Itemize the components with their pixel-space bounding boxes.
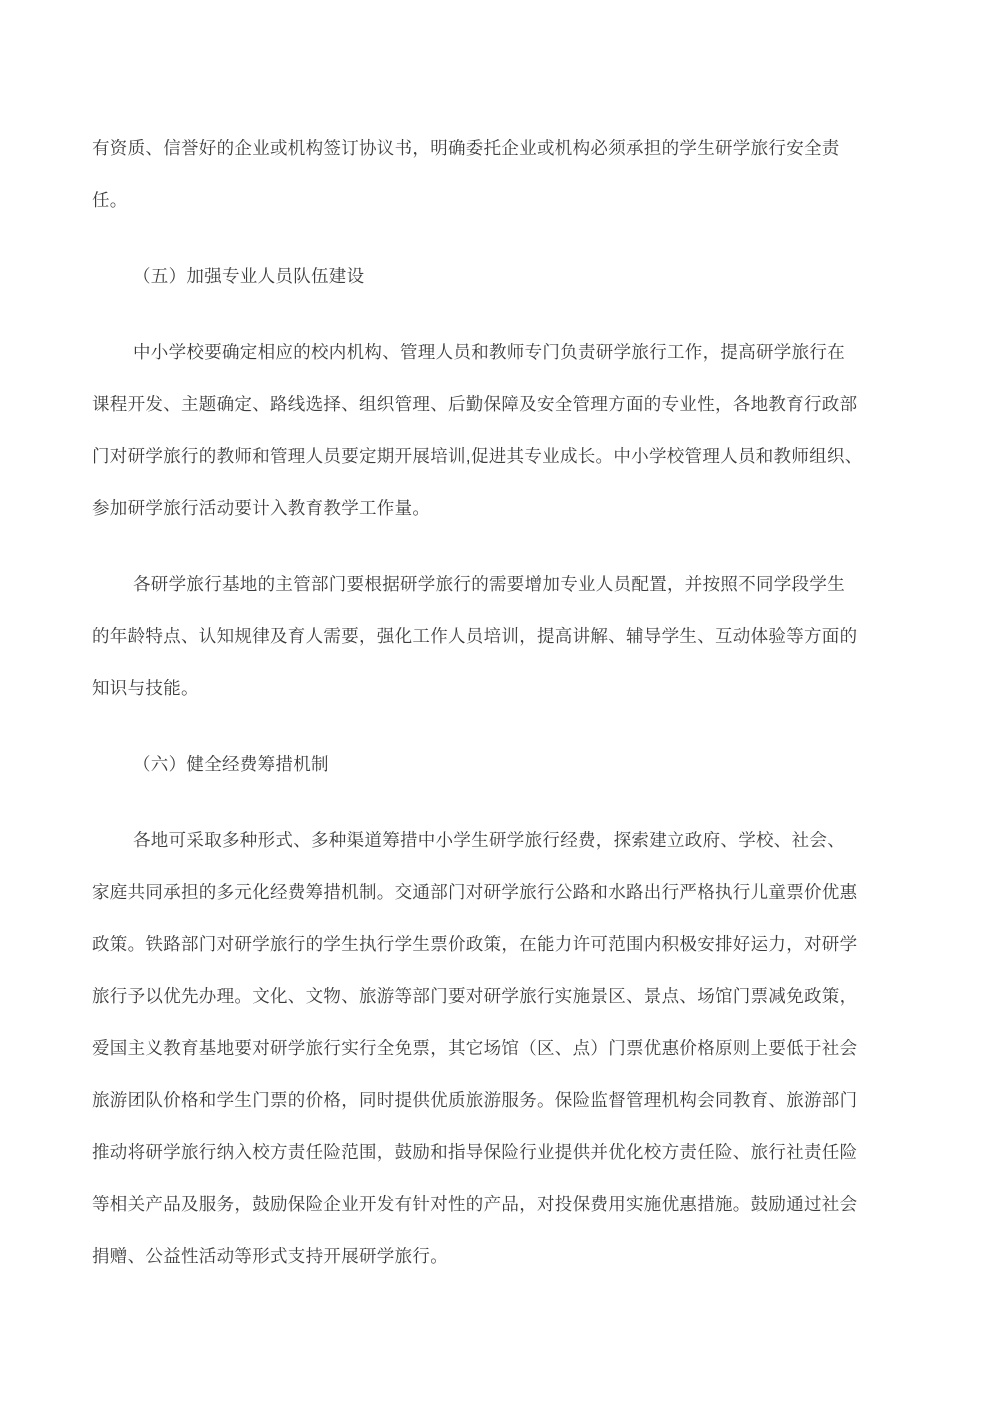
text-line: 推动将研学旅行纳入校方责任险范围，鼓励和指导保险行业提供并优化校方责任险、旅行社…	[92, 1126, 900, 1178]
text-line: 任。	[92, 174, 900, 226]
text-line: 旅行予以优先办理。文化、文物、旅游等部门要对研学旅行实施景区、景点、场馆门票减免…	[92, 970, 900, 1022]
section-heading-6: （六）健全经费筹措机制	[92, 738, 900, 790]
text-line: 政策。铁路部门对研学旅行的学生执行学生票价政策，在能力许可范围内积极安排好运力，…	[92, 918, 900, 970]
text-line: 各研学旅行基地的主管部门要根据研学旅行的需要增加专业人员配置，并按照不同学段学生	[92, 558, 900, 610]
heading-line: （六）健全经费筹措机制	[92, 738, 900, 790]
text-line: 等相关产品及服务，鼓励保险企业开发有针对性的产品，对投保费用实施优惠措施。鼓励通…	[92, 1178, 900, 1230]
paragraph: 中小学校要确定相应的校内机构、管理人员和教师专门负责研学旅行工作，提高研学旅行在…	[92, 326, 900, 534]
text-line: 课程开发、主题确定、路线选择、组织管理、后勤保障及安全管理方面的专业性，各地教育…	[92, 378, 900, 430]
text-line: 捐赠、公益性活动等形式支持开展研学旅行。	[92, 1230, 900, 1282]
paragraph-continuation: 有资质、信誉好的企业或机构签订协议书，明确委托企业或机构必须承担的学生研学旅行安…	[92, 122, 900, 226]
text-line: 参加研学旅行活动要计入教育教学工作量。	[92, 482, 900, 534]
text-line: 知识与技能。	[92, 662, 900, 714]
document-page: 有资质、信誉好的企业或机构签订协议书，明确委托企业或机构必须承担的学生研学旅行安…	[0, 0, 992, 1403]
text-line: 有资质、信誉好的企业或机构签订协议书，明确委托企业或机构必须承担的学生研学旅行安…	[92, 122, 900, 174]
section-heading-5: （五）加强专业人员队伍建设	[92, 250, 900, 302]
paragraph: 各地可采取多种形式、多种渠道筹措中小学生研学旅行经费，探索建立政府、学校、社会、…	[92, 814, 900, 1282]
heading-line: （五）加强专业人员队伍建设	[92, 250, 900, 302]
text-line: 的年龄特点、认知规律及育人需要，强化工作人员培训，提高讲解、辅导学生、互动体验等…	[92, 610, 900, 662]
text-line: 旅游团队价格和学生门票的价格，同时提供优质旅游服务。保险监督管理机构会同教育、旅…	[92, 1074, 900, 1126]
text-line: 门对研学旅行的教师和管理人员要定期开展培训,促进其专业成长。中小学校管理人员和教…	[92, 430, 900, 482]
text-line: 各地可采取多种形式、多种渠道筹措中小学生研学旅行经费，探索建立政府、学校、社会、	[92, 814, 900, 866]
text-line: 家庭共同承担的多元化经费筹措机制。交通部门对研学旅行公路和水路出行严格执行儿童票…	[92, 866, 900, 918]
text-line: 中小学校要确定相应的校内机构、管理人员和教师专门负责研学旅行工作，提高研学旅行在	[92, 326, 900, 378]
text-line: 爱国主义教育基地要对研学旅行实行全免票，其它场馆（区、点）门票优惠价格原则上要低…	[92, 1022, 900, 1074]
paragraph: 各研学旅行基地的主管部门要根据研学旅行的需要增加专业人员配置，并按照不同学段学生…	[92, 558, 900, 714]
